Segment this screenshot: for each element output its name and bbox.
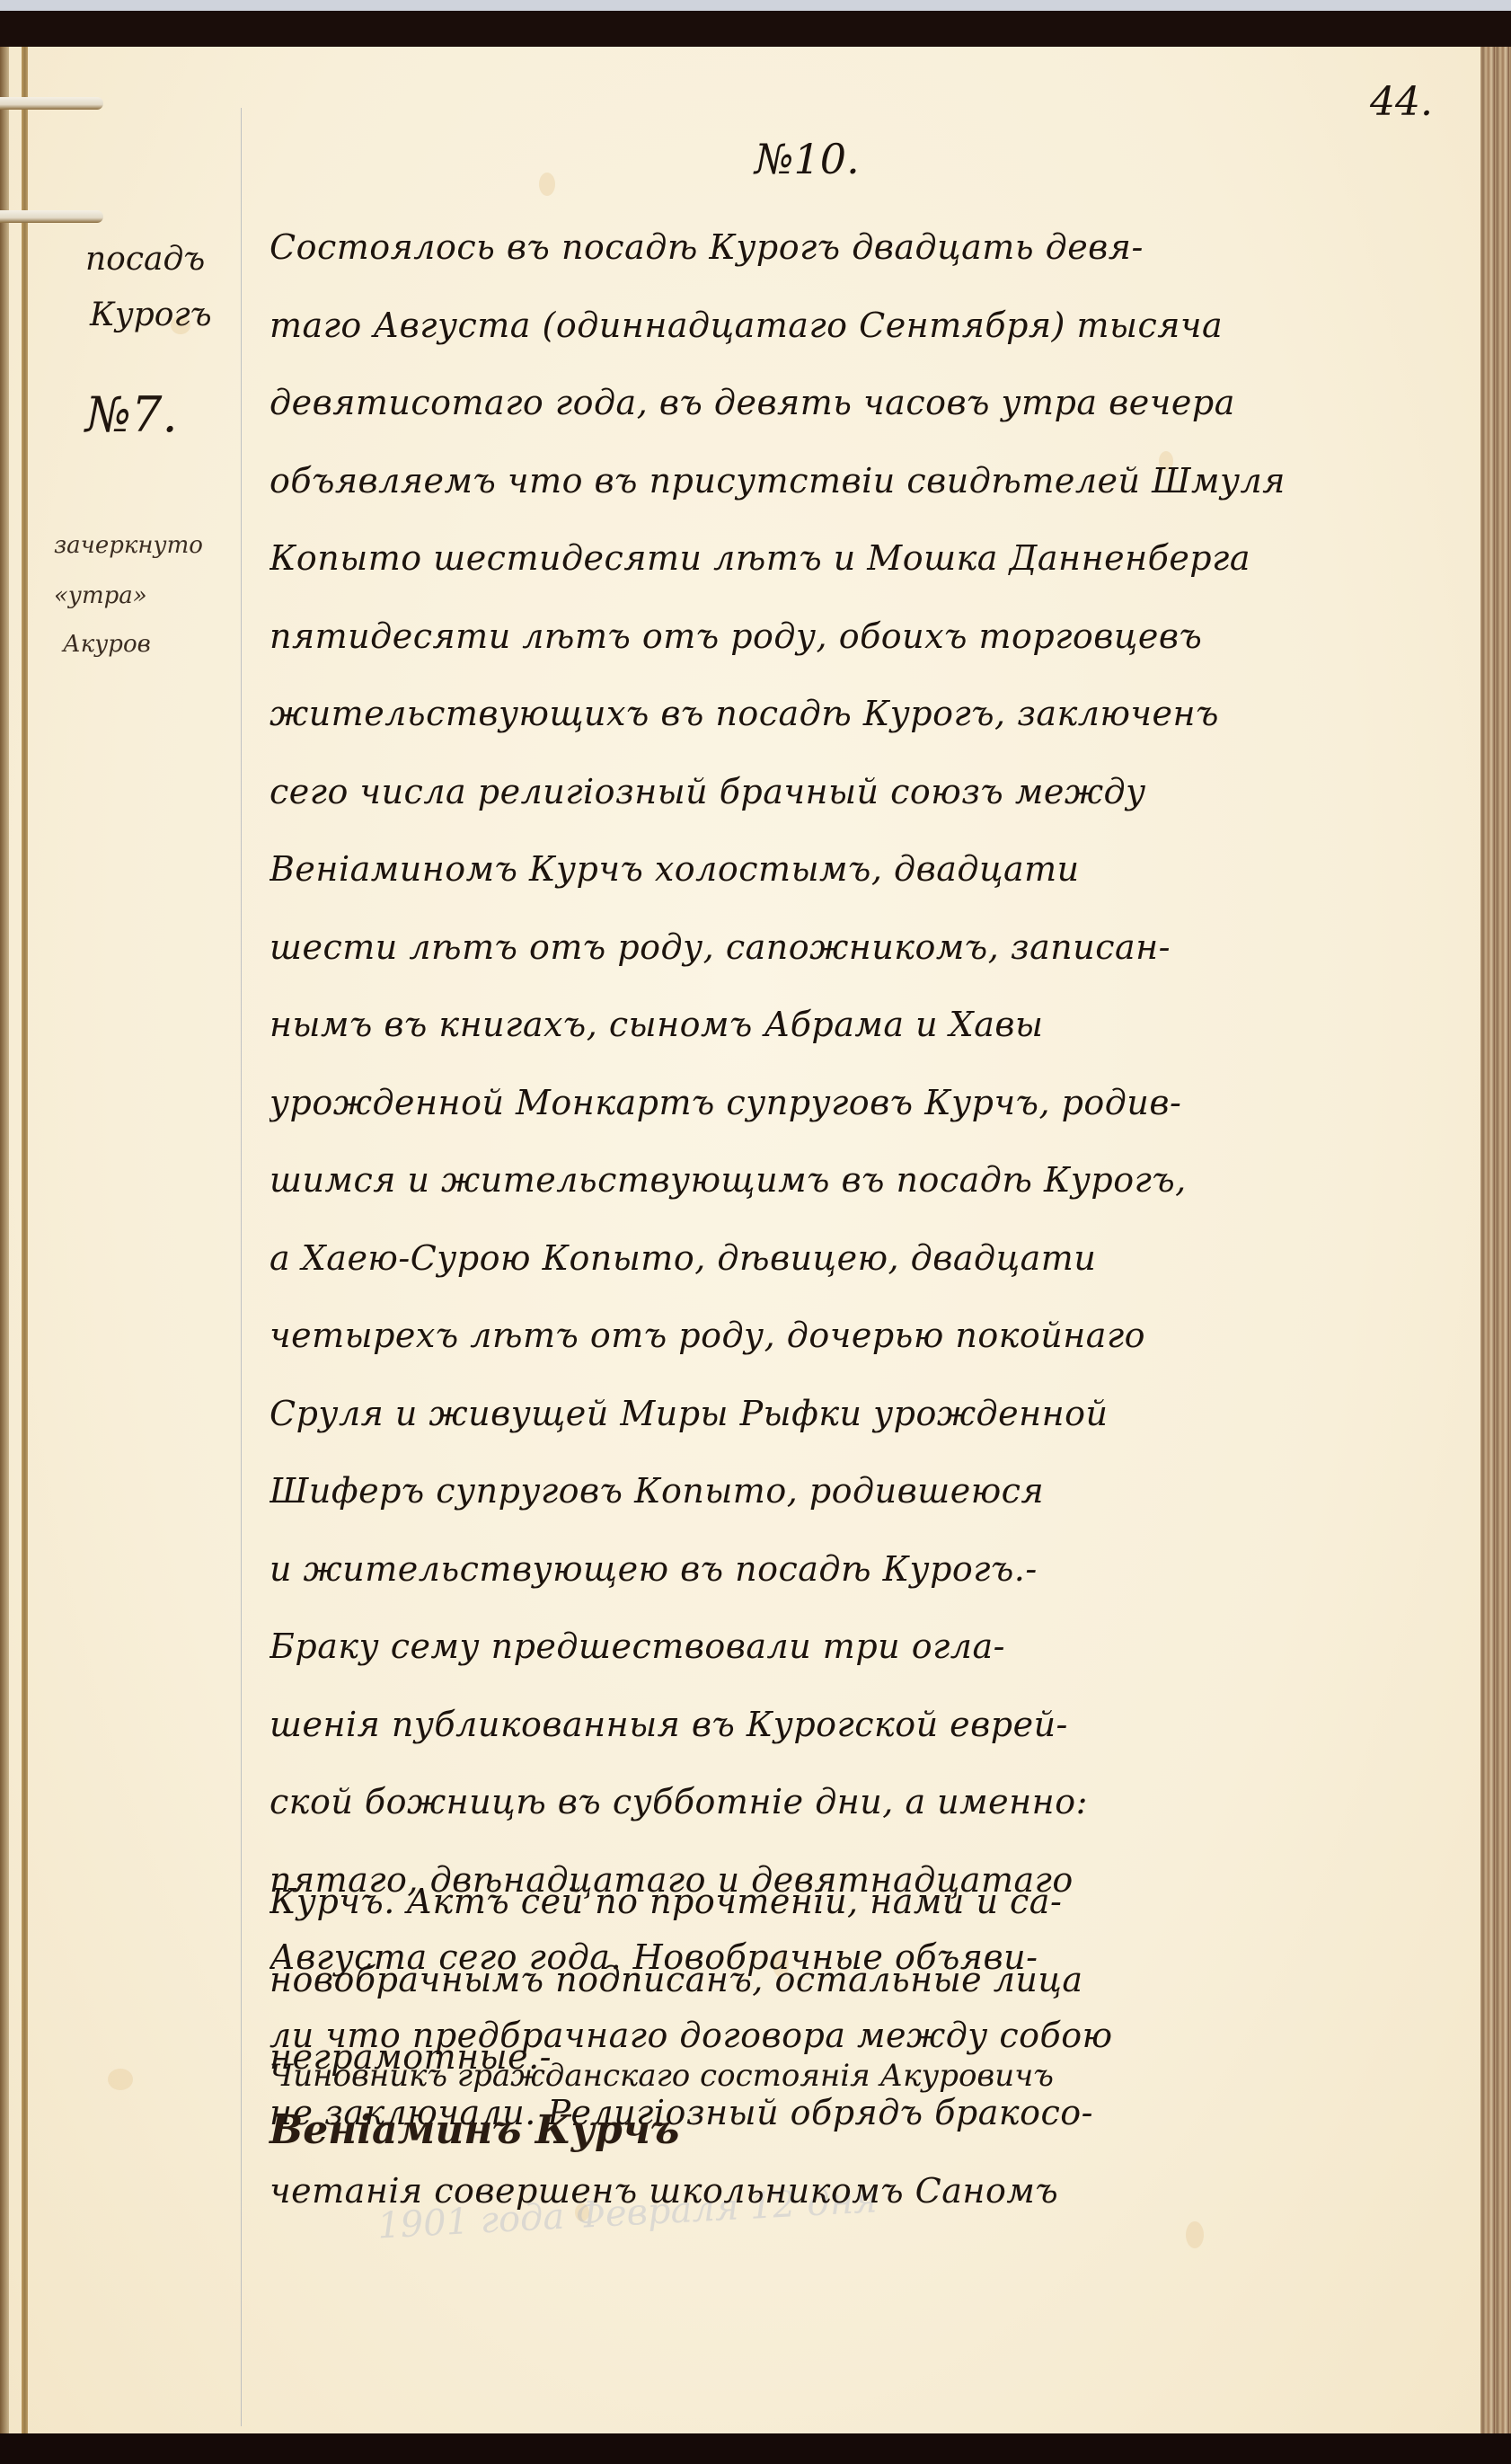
record-line: шенія публикованныя въ Курогской еврей-: [270, 1686, 1464, 1764]
entry-number: №10.: [755, 135, 860, 183]
margin-place-line1: посадъ: [85, 241, 205, 278]
foxing-spot: [108, 2069, 133, 2090]
book-cover-bottom-edge: [0, 2433, 1511, 2464]
record-line: четырехъ лѣтъ отъ роду, дочерью покойнаг…: [270, 1297, 1464, 1375]
foxing-spot: [539, 173, 555, 196]
record-line: и жительствующею въ посадѣ Курогъ.-: [270, 1530, 1464, 1609]
record-line: урожденной Монкартъ супруговъ Курчъ, род…: [270, 1064, 1464, 1142]
record-line: четанія совершенъ школьникомъ Саномъ: [270, 2152, 1464, 2230]
record-line: пятидесяти лѣтъ отъ роду, обоихъ торговц…: [270, 598, 1464, 676]
record-line: новобрачнымъ подписанъ, остальные лица: [270, 1941, 1464, 2019]
record-line: шимся и жительствующимъ въ посадѣ Курогъ…: [270, 1141, 1464, 1219]
margin-rule: [241, 108, 242, 2426]
record-line: Состоялось въ посадѣ Курогъ двадцать дев…: [270, 208, 1464, 287]
record-line: сего числа религіозный брачный союзъ меж…: [270, 753, 1464, 831]
record-line: нымъ въ книгахъ, сыномъ Абрама и Хавы: [270, 986, 1464, 1064]
record-line: ской божницѣ въ субботніе дни, а именно:: [270, 1763, 1464, 1841]
record-line: Курчъ. Актъ сей по прочтеніи, нами и са-: [270, 1863, 1464, 1941]
binding-cord-upper: [0, 97, 103, 110]
record-line: Браку сему предшествовали три оглa-: [270, 1608, 1464, 1686]
margin-place-line2: Курогъ: [90, 297, 212, 333]
groom-signature: Веніаминъ Курчъ: [270, 2107, 679, 2153]
record-line: жительствующихъ въ посадѣ Курогъ, заключ…: [270, 675, 1464, 753]
margin-record-number: №7.: [85, 386, 178, 443]
record-line: объявляемъ что въ присутствіи свидѣтелей…: [270, 442, 1464, 520]
margin-correction-line2: «утра»: [54, 582, 147, 609]
book-cover-top-edge: [0, 11, 1511, 49]
registrar-signoff: Чиновникъ гражданскаго состоянія Акурови…: [270, 2058, 1464, 2094]
record-line: девятисотаго года, въ девять часовъ утра…: [270, 364, 1464, 442]
record-line: шести лѣтъ отъ роду, сапожникомъ, записа…: [270, 908, 1464, 987]
record-line: а Хаею-Сурою Копыто, дѣвицею, двадцати: [270, 1219, 1464, 1298]
record-line: Шиферъ супруговъ Копыто, родившеюся: [270, 1452, 1464, 1530]
record-line: таго Августа (одиннадцатаго Сентября) ты…: [270, 287, 1464, 365]
binding-cord-lower: [0, 210, 103, 223]
page-number: 44.: [1370, 79, 1433, 125]
page-fore-edge: [1480, 47, 1511, 2433]
margin-correction-line1: зачеркнуто: [54, 532, 203, 559]
spine-edge: [0, 47, 9, 2433]
record-line: Сруля и живущей Миры Рыфки урожденной: [270, 1375, 1464, 1453]
margin-correction-line3: Акуров: [63, 631, 151, 658]
binding-string: [22, 47, 28, 2433]
record-line: Веніаминомъ Курчъ холостымъ, двадцати: [270, 830, 1464, 908]
record-line: Копыто шестидесяти лѣтъ и Мошка Данненбе…: [270, 519, 1464, 598]
